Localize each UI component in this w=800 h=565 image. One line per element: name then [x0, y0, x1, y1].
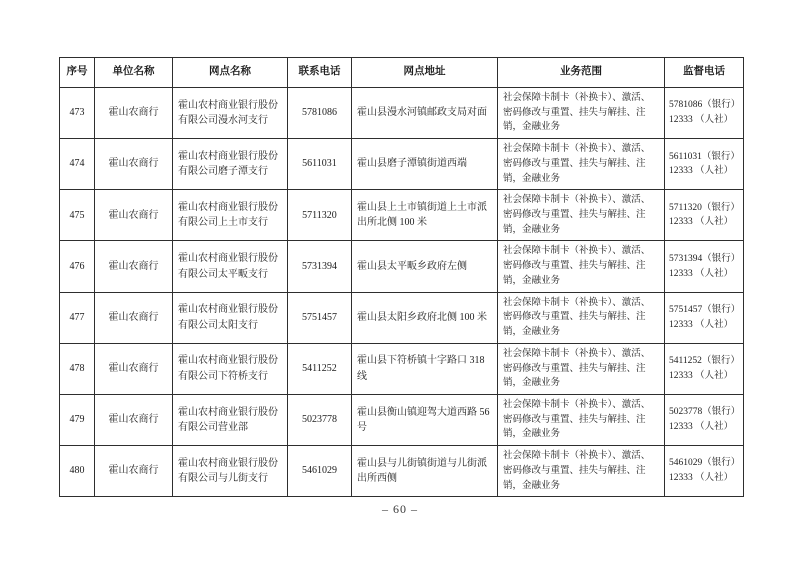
cell-seq: 474 [60, 139, 95, 190]
cell-unit: 霍山农商行 [95, 343, 173, 394]
cell-supervision: 5411252（银行） 12333 （人社） [665, 343, 744, 394]
cell-seq: 473 [60, 88, 95, 139]
supervision-social-line: 12333 （人社） [669, 215, 739, 230]
document-page: 序号 单位名称 网点名称 联系电话 网点地址 业务范围 监督电话 473 霍山农… [0, 0, 800, 565]
cell-supervision: 5023778（银行） 12333 （人社） [665, 394, 744, 445]
supervision-social-line: 12333 （人社） [669, 420, 739, 435]
cell-phone: 5411252 [288, 343, 352, 394]
cell-unit: 霍山农商行 [95, 88, 173, 139]
cell-supervision: 5751457（银行） 12333 （人社） [665, 292, 744, 343]
table-row: 474 霍山农商行 霍山农村商业银行股份有限公司磨子潭支行 5611031 霍山… [60, 139, 744, 190]
cell-address: 霍山县太阳乡政府北侧 100 米 [352, 292, 498, 343]
cell-seq: 475 [60, 190, 95, 241]
supervision-social-line: 12333 （人社） [669, 267, 739, 282]
table-row: 476 霍山农商行 霍山农村商业银行股份有限公司太平畈支行 5731394 霍山… [60, 241, 744, 292]
cell-unit: 霍山农商行 [95, 139, 173, 190]
col-header-supervision: 监督电话 [665, 58, 744, 88]
cell-scope: 社会保障卡制卡（补换卡）、激活、密码修改与重置、挂失与解挂、注销，金融业务 [498, 241, 665, 292]
table-row: 473 霍山农商行 霍山农村商业银行股份有限公司漫水河支行 5781086 霍山… [60, 88, 744, 139]
cell-unit: 霍山农商行 [95, 190, 173, 241]
cell-seq: 477 [60, 292, 95, 343]
cell-scope: 社会保障卡制卡（补换卡）、激活、密码修改与重置、挂失与解挂、注销，金融业务 [498, 446, 665, 497]
supervision-bank-line: 5611031（银行） [669, 150, 739, 165]
cell-phone: 5611031 [288, 139, 352, 190]
table-header-row: 序号 单位名称 网点名称 联系电话 网点地址 业务范围 监督电话 [60, 58, 744, 88]
supervision-bank-line: 5751457（银行） [669, 303, 739, 318]
cell-address: 霍山县漫水河镇邮政支局对面 [352, 88, 498, 139]
bank-branch-table: 序号 单位名称 网点名称 联系电话 网点地址 业务范围 监督电话 473 霍山农… [59, 57, 744, 497]
cell-address: 霍山县与儿街镇街道与儿街派出所西侧 [352, 446, 498, 497]
supervision-social-line: 12333 （人社） [669, 113, 739, 128]
cell-seq: 480 [60, 446, 95, 497]
supervision-bank-line: 5023778（银行） [669, 405, 739, 420]
table-row: 478 霍山农商行 霍山农村商业银行股份有限公司下符桥支行 5411252 霍山… [60, 343, 744, 394]
cell-branch: 霍山农村商业银行股份有限公司磨子潭支行 [173, 139, 288, 190]
supervision-bank-line: 5731394（银行） [669, 252, 739, 267]
cell-address: 霍山县磨子潭镇街道西端 [352, 139, 498, 190]
cell-branch: 霍山农村商业银行股份有限公司与儿街支行 [173, 446, 288, 497]
col-header-phone: 联系电话 [288, 58, 352, 88]
col-header-seq: 序号 [60, 58, 95, 88]
cell-address: 霍山县衡山镇迎驾大道西路 56 号 [352, 394, 498, 445]
page-number: – 60 – [0, 502, 800, 517]
supervision-bank-line: 5781086（银行） [669, 98, 739, 113]
cell-supervision: 5461029（银行） 12333 （人社） [665, 446, 744, 497]
cell-branch: 霍山农村商业银行股份有限公司太平畈支行 [173, 241, 288, 292]
table-row: 477 霍山农商行 霍山农村商业银行股份有限公司太阳支行 5751457 霍山县… [60, 292, 744, 343]
cell-branch: 霍山农村商业银行股份有限公司上土市支行 [173, 190, 288, 241]
cell-supervision: 5781086（银行） 12333 （人社） [665, 88, 744, 139]
cell-unit: 霍山农商行 [95, 241, 173, 292]
table-row: 479 霍山农商行 霍山农村商业银行股份有限公司营业部 5023778 霍山县衡… [60, 394, 744, 445]
supervision-social-line: 12333 （人社） [669, 164, 739, 179]
cell-phone: 5751457 [288, 292, 352, 343]
supervision-social-line: 12333 （人社） [669, 369, 739, 384]
cell-unit: 霍山农商行 [95, 446, 173, 497]
cell-scope: 社会保障卡制卡（补换卡）、激活、密码修改与重置、挂失与解挂、注销，金融业务 [498, 292, 665, 343]
supervision-bank-line: 5461029（银行） [669, 456, 739, 471]
cell-address: 霍山县下符桥镇十字路口 318 线 [352, 343, 498, 394]
cell-branch: 霍山农村商业银行股份有限公司下符桥支行 [173, 343, 288, 394]
col-header-unit: 单位名称 [95, 58, 173, 88]
cell-phone: 5461029 [288, 446, 352, 497]
col-header-address: 网点地址 [352, 58, 498, 88]
cell-address: 霍山县上土市镇街道上土市派出所北侧 100 米 [352, 190, 498, 241]
cell-unit: 霍山农商行 [95, 394, 173, 445]
table-row: 480 霍山农商行 霍山农村商业银行股份有限公司与儿街支行 5461029 霍山… [60, 446, 744, 497]
col-header-scope: 业务范围 [498, 58, 665, 88]
supervision-bank-line: 5411252（银行） [669, 354, 739, 369]
cell-branch: 霍山农村商业银行股份有限公司营业部 [173, 394, 288, 445]
col-header-branch: 网点名称 [173, 58, 288, 88]
cell-scope: 社会保障卡制卡（补换卡）、激活、密码修改与重置、挂失与解挂、注销，金融业务 [498, 88, 665, 139]
table-row: 475 霍山农商行 霍山农村商业银行股份有限公司上土市支行 5711320 霍山… [60, 190, 744, 241]
cell-supervision: 5731394（银行） 12333 （人社） [665, 241, 744, 292]
supervision-social-line: 12333 （人社） [669, 318, 739, 333]
cell-address: 霍山县太平畈乡政府左侧 [352, 241, 498, 292]
cell-seq: 479 [60, 394, 95, 445]
cell-phone: 5023778 [288, 394, 352, 445]
cell-scope: 社会保障卡制卡（补换卡）、激活、密码修改与重置、挂失与解挂、注销，金融业务 [498, 343, 665, 394]
supervision-social-line: 12333 （人社） [669, 471, 739, 486]
cell-unit: 霍山农商行 [95, 292, 173, 343]
cell-supervision: 5711320（银行） 12333 （人社） [665, 190, 744, 241]
cell-scope: 社会保障卡制卡（补换卡）、激活、密码修改与重置、挂失与解挂、注销，金融业务 [498, 190, 665, 241]
cell-branch: 霍山农村商业银行股份有限公司漫水河支行 [173, 88, 288, 139]
cell-seq: 478 [60, 343, 95, 394]
cell-phone: 5781086 [288, 88, 352, 139]
cell-seq: 476 [60, 241, 95, 292]
cell-scope: 社会保障卡制卡（补换卡）、激活、密码修改与重置、挂失与解挂、注销，金融业务 [498, 394, 665, 445]
cell-scope: 社会保障卡制卡（补换卡）、激活、密码修改与重置、挂失与解挂、注销，金融业务 [498, 139, 665, 190]
cell-supervision: 5611031（银行） 12333 （人社） [665, 139, 744, 190]
cell-phone: 5711320 [288, 190, 352, 241]
cell-phone: 5731394 [288, 241, 352, 292]
cell-branch: 霍山农村商业银行股份有限公司太阳支行 [173, 292, 288, 343]
supervision-bank-line: 5711320（银行） [669, 201, 739, 216]
